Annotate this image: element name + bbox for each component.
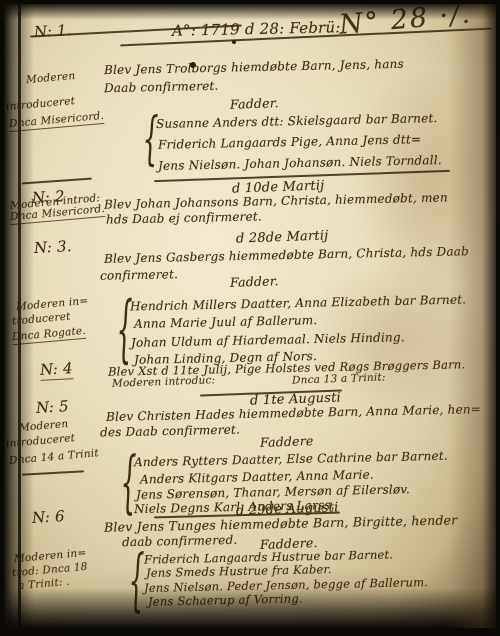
margin-stroke [22, 470, 84, 475]
entry-1-margin-note: Dnca Misericord. [9, 110, 105, 132]
margin-stroke [22, 178, 92, 185]
entry-3-godparent: Anna Marie Juul af Ballerum. [134, 313, 318, 331]
entry-5-fadder-label: Faddere [260, 433, 314, 450]
entry-6-number: N: 6 [32, 507, 66, 527]
entry-3-number: N: 3. [34, 237, 73, 257]
entry-5-body-line: des Daab confirmeret. [100, 423, 240, 440]
entry-2-body-line: Blev Johan Johansons Barn, Christa, hiem… [104, 190, 448, 211]
entry-1-godparent: Jens Nielsøn. Johan Johansøn. Niels Torn… [158, 153, 442, 173]
entry-6-margin-note: a Trinit: . [18, 576, 71, 592]
entry-3-fadder-label: Fadder. [230, 273, 279, 290]
entry-1-margin-note: introduceret [6, 95, 76, 113]
entry-3-date: d 28de Martij [236, 228, 329, 246]
entry-1-margin-note: Moderen [26, 70, 76, 86]
entry-3-body-line: Blev Jens Gasbergs hiemmedøbte Barn, Chr… [104, 244, 469, 266]
entry-5-margin-note: Moderen [19, 418, 69, 434]
entry-2-body-line: hds Daab ej confirmeret. [106, 209, 262, 226]
entry-1-fadder-label: Fadder. [230, 95, 279, 112]
entry-3-body-line: confirmeret. [100, 267, 178, 283]
entry-4-margin-note: Moderen introduc: [112, 374, 216, 390]
entry-3-godparent: Johan Uldum af Hiardemaal. Niels Hinding… [131, 330, 405, 350]
entry-1-body-line: Blev Jens Trolborgs hiemdøbte Barn, Jens… [104, 57, 404, 77]
year-date-heading: A°: 1719 d 28: Febrü: [172, 18, 341, 40]
entry-5-margin-note: introduceret [6, 432, 76, 450]
entry-1-number: N: 1. [34, 21, 73, 41]
entry-5-godparent: Anders Rytters Daatter, Else Cathrine ba… [134, 449, 448, 470]
entry-5-margin-note: Dnca 14 a Trinit [9, 447, 100, 467]
entry-4-number: N: 4 [39, 359, 73, 381]
entry-1-godparent: Susanne Anders dtt: Skielsgaard bar Barn… [156, 111, 438, 131]
entry-4-sunday-note: Dnca 13 a Trinit: [292, 371, 386, 386]
entry-3-margin-note: Dnca Rogate. [12, 325, 87, 345]
parish-register-page: N: 1. A°: 1719 d 28: Febrü: N° 28 ·/. Bl… [4, 4, 496, 628]
entry-3-margin-note: Moderen in= [16, 295, 89, 313]
manuscript-scan: N: 1. A°: 1719 d 28: Febrü: N° 28 ·/. Bl… [0, 0, 500, 636]
entry-3-godparent: Hendrich Millers Daatter, Anna Elizabeth… [130, 292, 466, 313]
entry-5-body-line: Blev Christen Hades hiemmedøbte Barn, An… [106, 402, 481, 424]
entry-1-godparent: Friderich Langaards Pige, Anna Jens dtt= [158, 132, 421, 152]
page-number: N° 28 ·/. [338, 0, 473, 41]
entry-1-body-line: Daab confirmeret. [104, 79, 219, 95]
entry-6-godparent: Jens Schaerup af Vorring. [148, 591, 303, 608]
entry-5-number: N: 5 [36, 397, 70, 417]
